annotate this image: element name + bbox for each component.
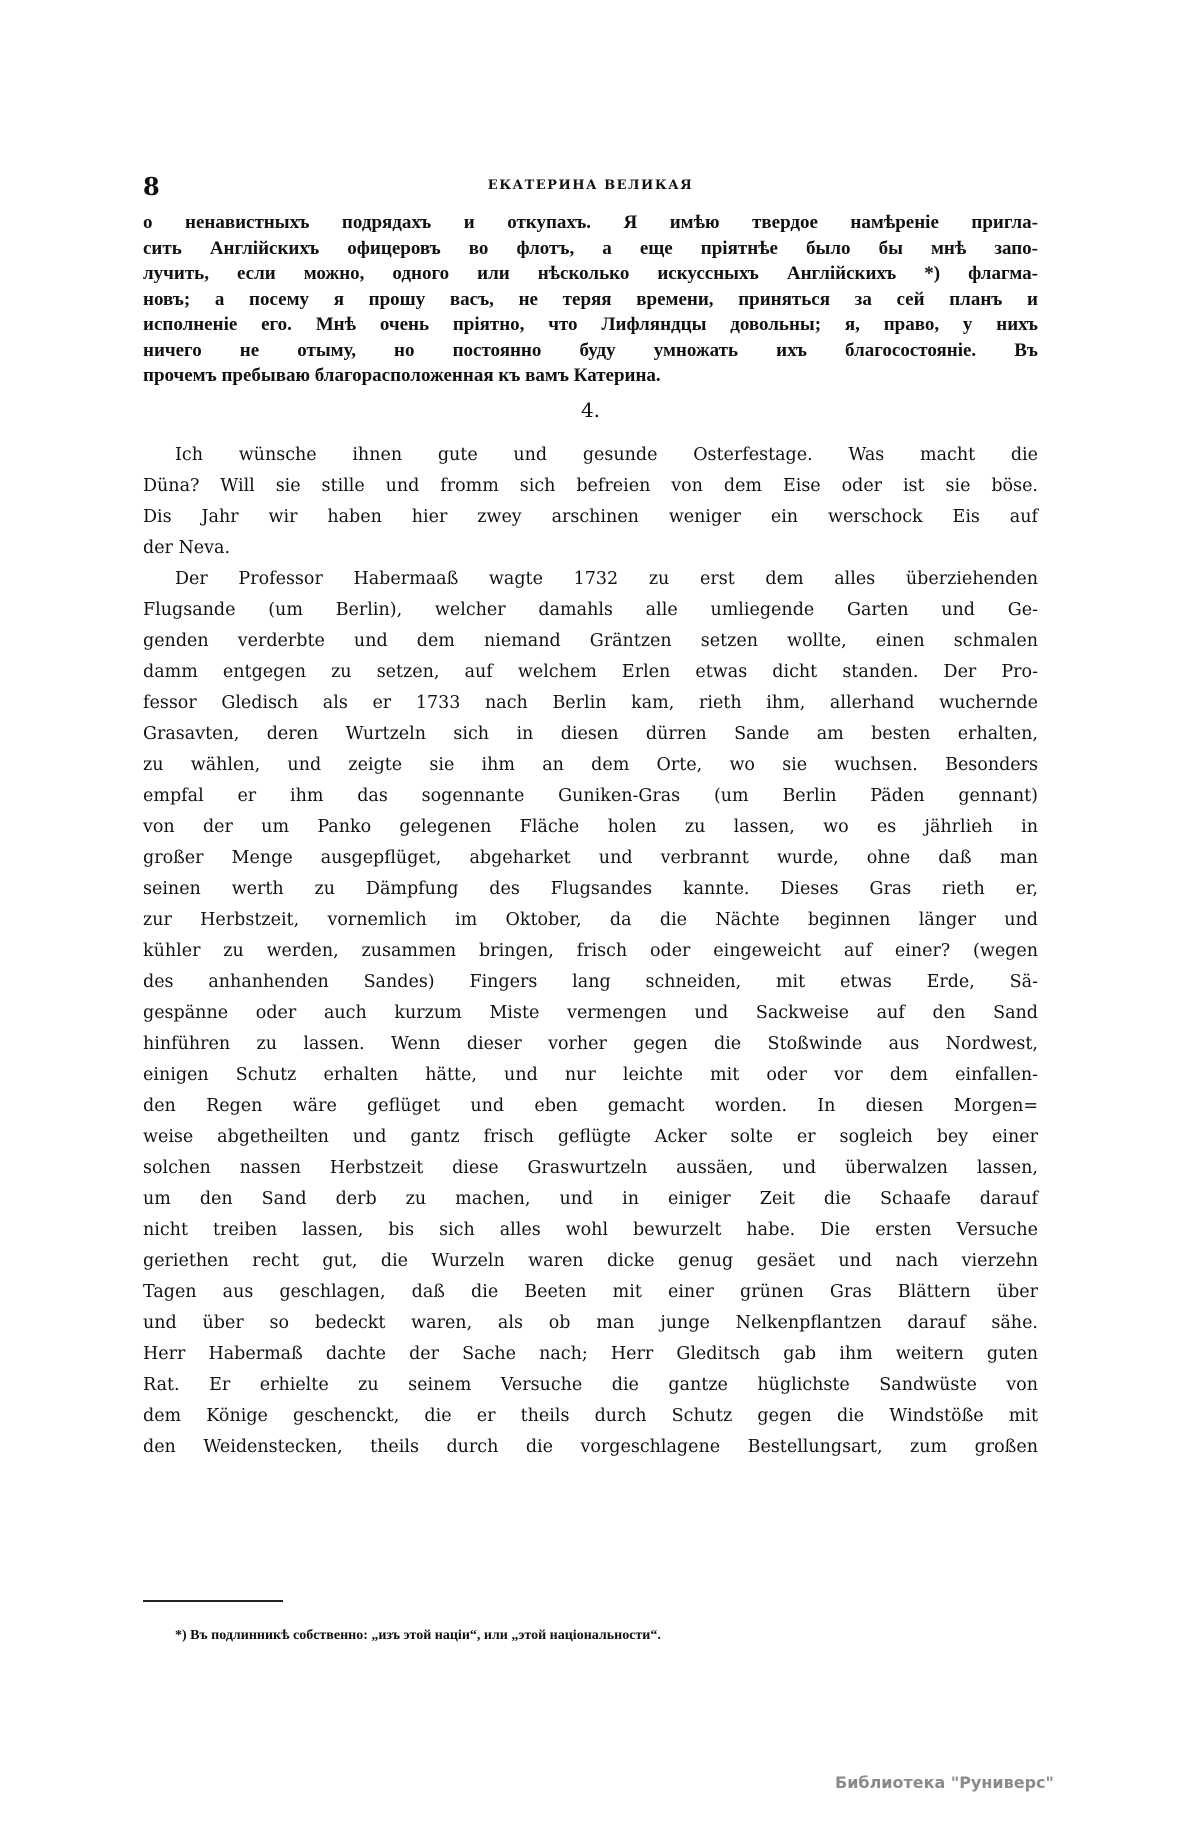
text-line: solchen nassen Herbstzeit diese Graswurt… xyxy=(143,1153,1038,1184)
library-watermark: Библиотека "Руниверс" xyxy=(835,1773,1054,1792)
text-line: ничего не отыму, но постоянно буду умнож… xyxy=(143,338,1038,364)
footnote: *) Въ подлинникѣ собственно: „изъ этой н… xyxy=(175,1628,661,1644)
text-line: Ich wünsche ihnen gute und gesunde Oster… xyxy=(143,440,1038,471)
text-line: Grasavten, deren Wurtzeln sich in diesen… xyxy=(143,719,1038,750)
text-line: um den Sand derb zu machen, und in einig… xyxy=(143,1184,1038,1215)
text-line: Tagen aus geschlagen, daß die Beeten mit… xyxy=(143,1277,1038,1308)
text-line: und über so bedeckt waren, als ob man ju… xyxy=(143,1308,1038,1339)
text-line: исполненiе его. Мнѣ очень прiятно, что Л… xyxy=(143,312,1038,338)
text-line: прочемъ пребываю благорасположенная къ в… xyxy=(143,363,1038,389)
text-line: der Neva. xyxy=(143,533,1038,564)
footnote-divider xyxy=(143,1600,283,1602)
text-line: Flugsande (um Berlin), welcher damahls a… xyxy=(143,595,1038,626)
book-page: 8 ЕКАТЕРИНА ВЕЛИКАЯ о ненавистныхъ подря… xyxy=(0,0,1200,1835)
text-line: kühler zu werden, zusammen bringen, fris… xyxy=(143,936,1038,967)
page-header: 8 ЕКАТЕРИНА ВЕЛИКАЯ xyxy=(143,172,1038,202)
text-line: einigen Schutz erhalten hätte, und nur l… xyxy=(143,1060,1038,1091)
text-line: hinführen zu lassen. Wenn dieser vorher … xyxy=(143,1029,1038,1060)
text-line: des anhanhenden Sandes) Fingers lang sch… xyxy=(143,967,1038,998)
text-line: сить Англiйскихъ офицеровъ во флотъ, а е… xyxy=(143,236,1038,262)
text-line: damm entgegen zu setzen, auf welchem Erl… xyxy=(143,657,1038,688)
german-letter-text: Ich wünsche ihnen gute und gesunde Oster… xyxy=(143,440,1038,1463)
text-line: gespänne oder auch kurzum Miste vermenge… xyxy=(143,998,1038,1029)
text-line: nicht treiben lassen, bis sich alles woh… xyxy=(143,1215,1038,1246)
text-line: Dis Jahr wir haben hier zwey arschinen w… xyxy=(143,502,1038,533)
text-line: von der um Panko gelegenen Fläche holen … xyxy=(143,812,1038,843)
section-number: 4. xyxy=(143,398,1038,422)
text-line: fessor Gledisch als er 1733 nach Berlin … xyxy=(143,688,1038,719)
text-line: Düna? Will sie stille und fromm sich bef… xyxy=(143,471,1038,502)
running-title: ЕКАТЕРИНА ВЕЛИКАЯ xyxy=(143,178,1038,193)
text-line: großer Menge ausgepflüget, abgeharket un… xyxy=(143,843,1038,874)
text-line: empfal er ihm das sogennante Guniken-Gra… xyxy=(143,781,1038,812)
text-line: zu wählen, und zeigte sie ihm an dem Ort… xyxy=(143,750,1038,781)
text-line: den Weidenstecken, theils durch die vorg… xyxy=(143,1432,1038,1463)
text-line: Der Professor Habermaaß wagte 1732 zu er… xyxy=(143,564,1038,595)
text-line: Herr Habermaß dachte der Sache nach; Her… xyxy=(143,1339,1038,1370)
text-line: zur Herbstzeit, vornemlich im Oktober, d… xyxy=(143,905,1038,936)
text-line: geriethen recht gut, die Wurzeln waren d… xyxy=(143,1246,1038,1277)
russian-letter-text: о ненавистныхъ подрядахъ и откупахъ. Я и… xyxy=(143,210,1038,389)
text-line: лучить, если можно, одного или нѣсколько… xyxy=(143,261,1038,287)
text-line: о ненавистныхъ подрядахъ и откупахъ. Я и… xyxy=(143,210,1038,236)
text-line: weise abgetheilten und gantz frisch gefl… xyxy=(143,1122,1038,1153)
text-line: Rat. Er erhielte zu seinem Versuche die … xyxy=(143,1370,1038,1401)
text-line: dem Könige geschenckt, die er theils dur… xyxy=(143,1401,1038,1432)
text-line: seinen werth zu Dämpfung des Flugsandes … xyxy=(143,874,1038,905)
text-line: den Regen wäre geflüget und eben gemacht… xyxy=(143,1091,1038,1122)
text-line: genden verderbte und dem niemand Gräntze… xyxy=(143,626,1038,657)
text-line: новъ; а посему я прошу васъ, не теряя вр… xyxy=(143,287,1038,313)
